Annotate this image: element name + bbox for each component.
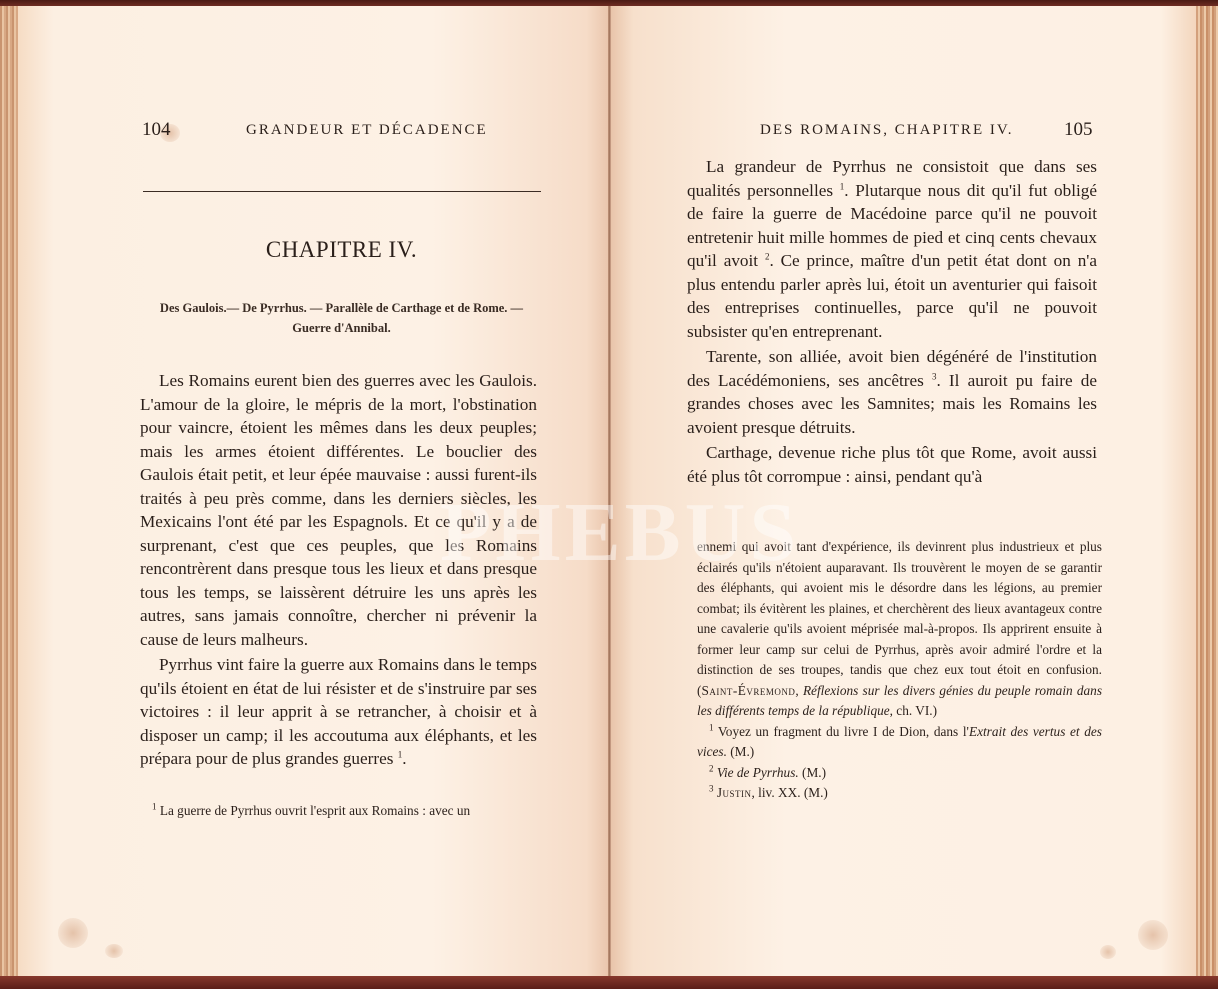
footnote-marker: 1	[709, 722, 714, 732]
left-page-number: 104	[142, 119, 171, 141]
header-rule	[143, 191, 541, 192]
footnote-suffix: , liv. XX. (M.)	[752, 785, 828, 800]
right-page-number: 105	[1064, 119, 1093, 141]
footnote-italic: Vie de Pyrrhus.	[717, 765, 799, 780]
summary-line-2: Guerre d'Annibal.	[140, 318, 543, 338]
chapter-title: CHAPITRE IV.	[140, 237, 543, 263]
right-running-head: DES ROMAINS, CHAPITRE IV.	[760, 122, 1014, 139]
foxing-stain	[58, 918, 88, 948]
footnote-suffix: (M.)	[727, 744, 754, 759]
note-text: ennemi qui avoit tant d'expérience, ils …	[697, 539, 1102, 698]
right-body-text: La grandeur de Pyrrhus ne consistoit que…	[687, 155, 1097, 488]
footnote-ref[interactable]: 1	[398, 749, 403, 759]
paragraph: Carthage, devenue riche plus tôt que Rom…	[687, 441, 1097, 488]
foxing-stain	[1138, 920, 1168, 950]
footnote-suffix: (M.)	[799, 765, 826, 780]
footnote: 1 La guerre de Pyrrhus ouvrit l'esprit a…	[140, 801, 532, 822]
footnote-marker: 2	[709, 763, 714, 773]
right-page	[610, 6, 1196, 976]
footnote-author: Justin	[717, 785, 752, 800]
paragraph-text: Pyrrhus vint faire la guerre aux Romains…	[140, 655, 537, 768]
note-separator: ,	[795, 683, 803, 698]
book-cover-bottom	[0, 975, 1218, 989]
book-gutter	[608, 6, 611, 976]
paragraph: La grandeur de Pyrrhus ne consistoit que…	[687, 155, 1097, 343]
paragraph: Les Romains eurent bien des guerres avec…	[140, 369, 537, 651]
summary-line-1: Des Gaulois.— De Pyrrhus. — Parallèle de…	[140, 298, 543, 318]
footnote-3: 3 Justin, liv. XX. (M.)	[697, 783, 1102, 804]
paragraph: Pyrrhus vint faire la guerre aux Romains…	[140, 653, 537, 771]
footnote-text: La guerre de Pyrrhus ouvrit l'esprit aux…	[160, 803, 470, 818]
page-edges-right	[1196, 6, 1218, 976]
left-footnote: 1 La guerre de Pyrrhus ouvrit l'esprit a…	[140, 801, 532, 822]
footnote-text: Voyez un fragment du livre I de Dion, da…	[718, 724, 969, 739]
footnote-1: 1 Voyez un fragment du livre I de Dion, …	[697, 722, 1102, 763]
right-footnotes: ennemi qui avoit tant d'expérience, ils …	[697, 537, 1102, 804]
footnote-2: 2 Vie de Pyrrhus. (M.)	[697, 763, 1102, 784]
left-running-head: GRANDEUR ET DÉCADENCE	[246, 122, 488, 139]
left-body-text: Les Romains eurent bien des guerres avec…	[140, 369, 537, 771]
page-edges-left	[0, 6, 18, 976]
footnote-continuation: ennemi qui avoit tant d'expérience, ils …	[697, 537, 1102, 722]
foxing-stain	[1100, 945, 1116, 959]
chapter-summary: Des Gaulois.— De Pyrrhus. — Parallèle de…	[140, 298, 543, 338]
footnote-marker: 3	[709, 784, 714, 794]
foxing-stain	[105, 944, 123, 958]
footnote-marker: 1	[152, 802, 157, 812]
note-chapter: , ch. VI.)	[890, 703, 937, 718]
paragraph: Tarente, son alliée, avoit bien dégénéré…	[687, 345, 1097, 439]
note-author: Saint-Évremond	[701, 683, 795, 698]
